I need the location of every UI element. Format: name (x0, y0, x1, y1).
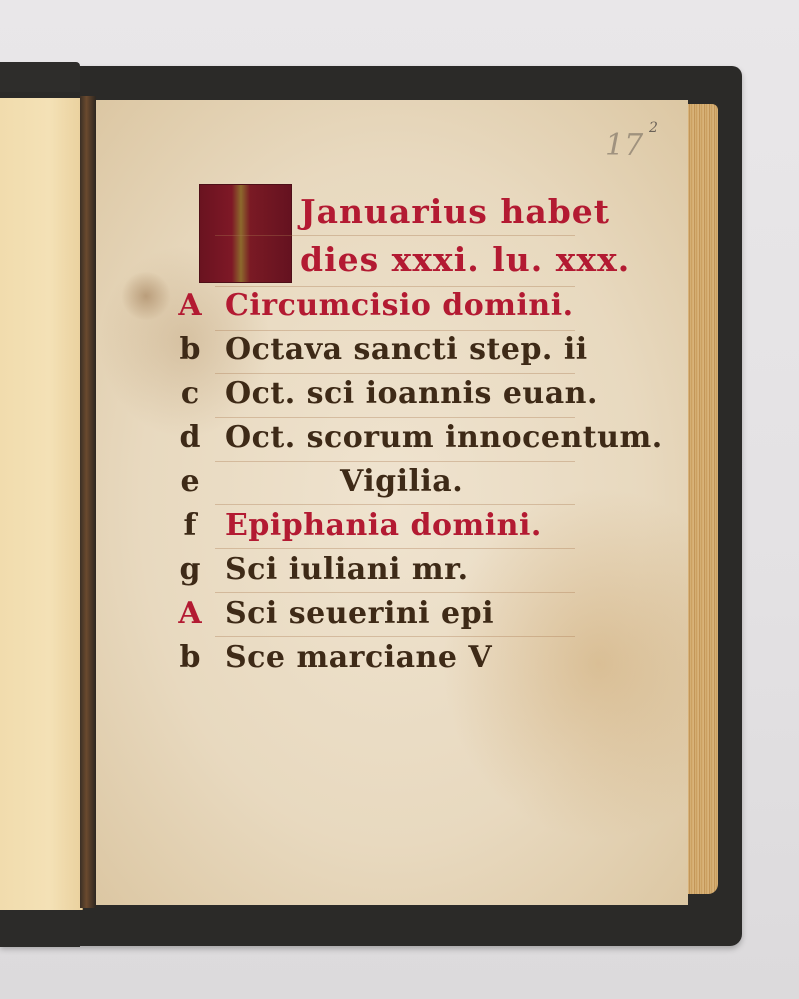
heading-line-1: Januarius habet (300, 192, 610, 231)
feast-text: Octava sancti step. ii (225, 332, 588, 367)
dominical-letter: g (175, 552, 205, 587)
ruling-line (215, 504, 575, 505)
dominical-letter: d (175, 420, 205, 455)
heading-line-2: dies xxxi. lu. xxx. (300, 240, 630, 279)
illuminated-initial (199, 184, 292, 283)
feast-text: Circumcisio domini. (225, 288, 574, 323)
ruling-line (215, 548, 575, 549)
folio-mark: 17 (605, 128, 643, 163)
folio-number: 2 (649, 120, 658, 136)
dominical-letter: b (175, 332, 205, 367)
ruling-line (215, 373, 575, 374)
dominical-letter: f (175, 508, 205, 543)
feast-text: Vigilia. (340, 464, 463, 499)
dominical-letter: e (175, 464, 205, 499)
ruling-line (215, 330, 575, 331)
feast-text: Sci iuliani mr. (225, 552, 469, 587)
dominical-letter: A (175, 288, 205, 323)
left-page (0, 98, 83, 910)
feast-text: Sci seuerini epi (225, 596, 494, 631)
ruling-line (215, 286, 575, 287)
feast-text: Epiphania domini. (225, 508, 542, 543)
ruling-line (215, 235, 575, 236)
ruling-line (215, 417, 575, 418)
cover-edge-top (0, 62, 80, 92)
ruling-line (215, 461, 575, 462)
ruling-line (215, 636, 575, 637)
feast-text: Oct. scorum innocentum. (225, 420, 663, 455)
cover-edge-bottom (0, 905, 80, 947)
dominical-letter: b (175, 640, 205, 675)
folio-annotation: 17 2 (605, 128, 643, 163)
feast-text: Sce marciane V (225, 640, 492, 675)
dominical-letter: c (175, 376, 205, 411)
fingerprint-stain (120, 272, 172, 320)
dominical-letter: A (175, 596, 205, 631)
feast-text: Oct. sci ioannis euan. (225, 376, 598, 411)
ruling-line (215, 592, 575, 593)
gutter (80, 96, 96, 908)
